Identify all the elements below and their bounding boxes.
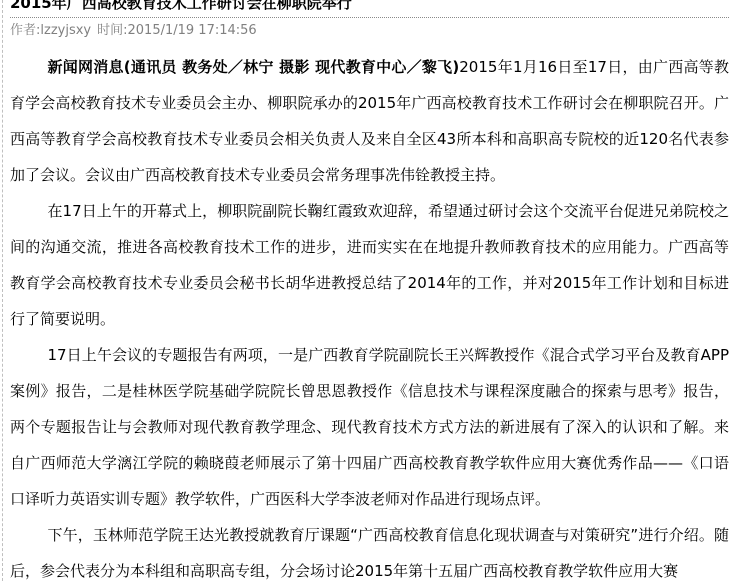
paragraph-1-lead: 新闻网消息(通讯员 教务处／林宁 摄影 现代教育中心／黎飞) [48,58,460,76]
time-label: 时间: [97,23,127,38]
article-page: 2015年广西高校教育技术工作研讨会在柳职院举行 作者:lzzyjsxy时间:2… [2,0,740,581]
paragraph-2: 在17日上午的开幕式上，柳职院副院长鞠红霞致欢迎辞，希望通过研讨会这个交流平台促… [10,193,729,337]
author-label: 作者: [10,23,40,38]
paragraph-4: 下午，玉林师范学院王达光教授就教育厅课题“广西高校教育信息化现状调查与对策研究”… [10,517,729,581]
byline: 作者:lzzyjsxy时间:2015/1/19 17:14:56 [10,23,729,39]
page-title: 2015年广西高校教育技术工作研讨会在柳职院举行 [10,0,729,18]
paragraph-1: 新闻网消息(通讯员 教务处／林宁 摄影 现代教育中心／黎飞)2015年1月16日… [10,49,729,193]
paragraph-3: 17日上午会议的专题报告有两项，一是广西教育学院副院长王兴辉教授作《混合式学习平… [10,337,729,517]
paragraph-1-text: 2015年1月16日至17日，由广西高等教育学会高校教育技术专业委员会主办、柳职… [10,58,729,184]
time-value: 2015/1/19 17:14:56 [128,23,257,38]
article-body: 新闻网消息(通讯员 教务处／林宁 摄影 现代教育中心／黎飞)2015年1月16日… [10,49,729,581]
author-value: lzzyjsxy [40,23,91,38]
